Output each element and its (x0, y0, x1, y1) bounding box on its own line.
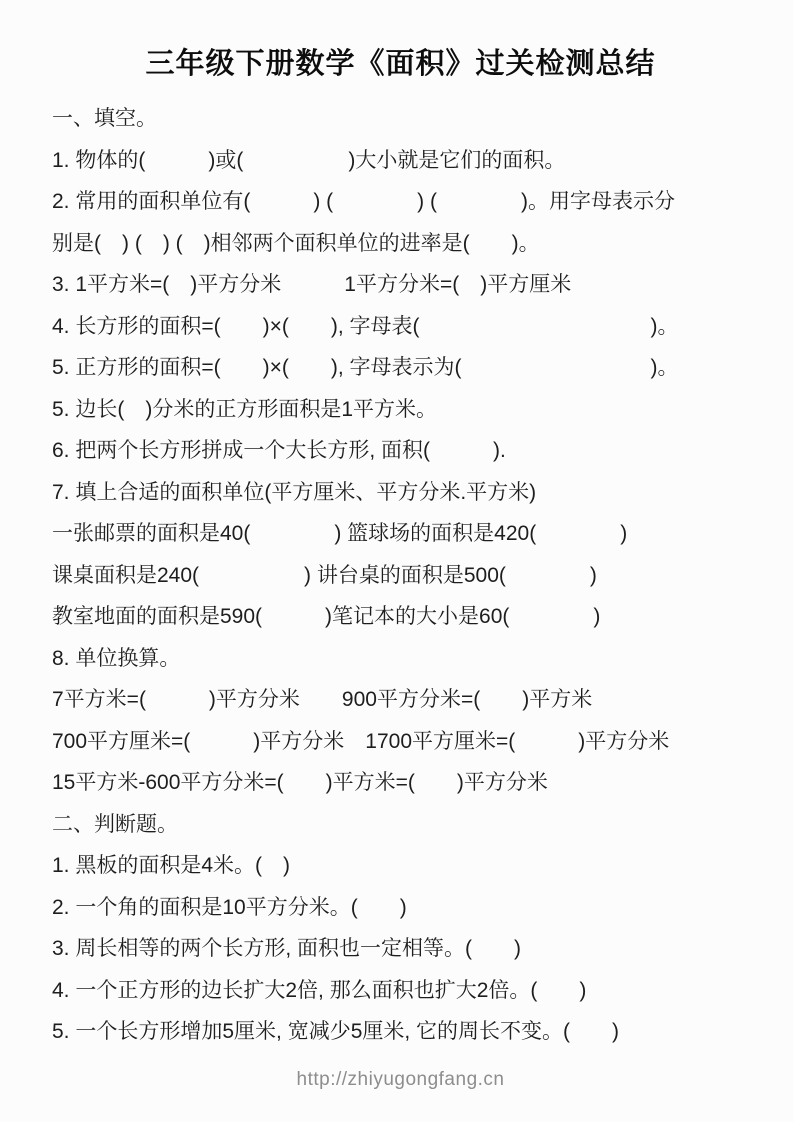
fill-q7-row-2: 课桌面积是240( ) 讲台桌的面积是500( ) (52, 555, 749, 597)
tf-q5-line: 5. 一个长方形增加5厘米, 宽减少5厘米, 它的周长不变。( ) (52, 1011, 749, 1053)
fill-q7-row-3: 教室地面的面积是590( )笔记本的大小是60( ) (52, 596, 749, 638)
fill-q8-row-1: 7平方米=( )平方分米 900平方分米=( )平方米 (52, 679, 749, 721)
tf-q2-line: 2. 一个角的面积是10平方分米。( ) (52, 887, 749, 929)
section-heading-fill-in-blanks: 一、填空。 (52, 98, 749, 140)
footer-url: http://zhiyugongfang.cn (52, 1067, 749, 1093)
fill-q3-line: 3. 1平方米=( )平方分米 1平方分米=( )平方厘米 (52, 264, 749, 306)
fill-q7-row-1: 一张邮票的面积是40( ) 篮球场的面积是420( ) (52, 513, 749, 555)
page-title: 三年级下册数学《面积》过关检测总结 (52, 46, 749, 82)
fill-q1-line: 1. 物体的( )或( )大小就是它们的面积。 (52, 140, 749, 182)
fill-q5-line: 5. 正方形的面积=( )×( ), 字母表示为( )。 (52, 347, 749, 389)
tf-q1-line: 1. 黑板的面积是4米。( ) (52, 845, 749, 887)
worksheet-page: 三年级下册数学《面积》过关检测总结 一、填空。 1. 物体的( )或( )大小就… (0, 0, 793, 1122)
fill-q7-line: 7. 填上合适的面积单位(平方厘米、平方分米.平方米) (52, 472, 749, 514)
fill-q8-row-3: 15平方米-600平方分米=( )平方米=( )平方分米 (52, 762, 749, 804)
fill-q4-line: 4. 长方形的面积=( )×( ), 字母表( )。 (52, 306, 749, 348)
fill-q2-line-2: 别是( ) ( ) ( )相邻两个面积单位的进率是( )。 (52, 223, 749, 265)
tf-q3-line: 3. 周长相等的两个长方形, 面积也一定相等。( ) (52, 928, 749, 970)
fill-q8-line: 8. 单位换算。 (52, 638, 749, 680)
tf-q4-line: 4. 一个正方形的边长扩大2倍, 那么面积也扩大2倍。( ) (52, 970, 749, 1012)
section-heading-true-false: 二、判断题。 (52, 804, 749, 846)
fill-q6-line: 6. 把两个长方形拼成一个大长方形, 面积( ). (52, 430, 749, 472)
fill-q8-row-2: 700平方厘米=( )平方分米 1700平方厘米=( )平方分米 (52, 721, 749, 763)
fill-q5b-line: 5. 边长( )分米的正方形面积是1平方米。 (52, 389, 749, 431)
fill-q2-line-1: 2. 常用的面积单位有( ) ( ) ( )。用字母表示分 (52, 181, 749, 223)
